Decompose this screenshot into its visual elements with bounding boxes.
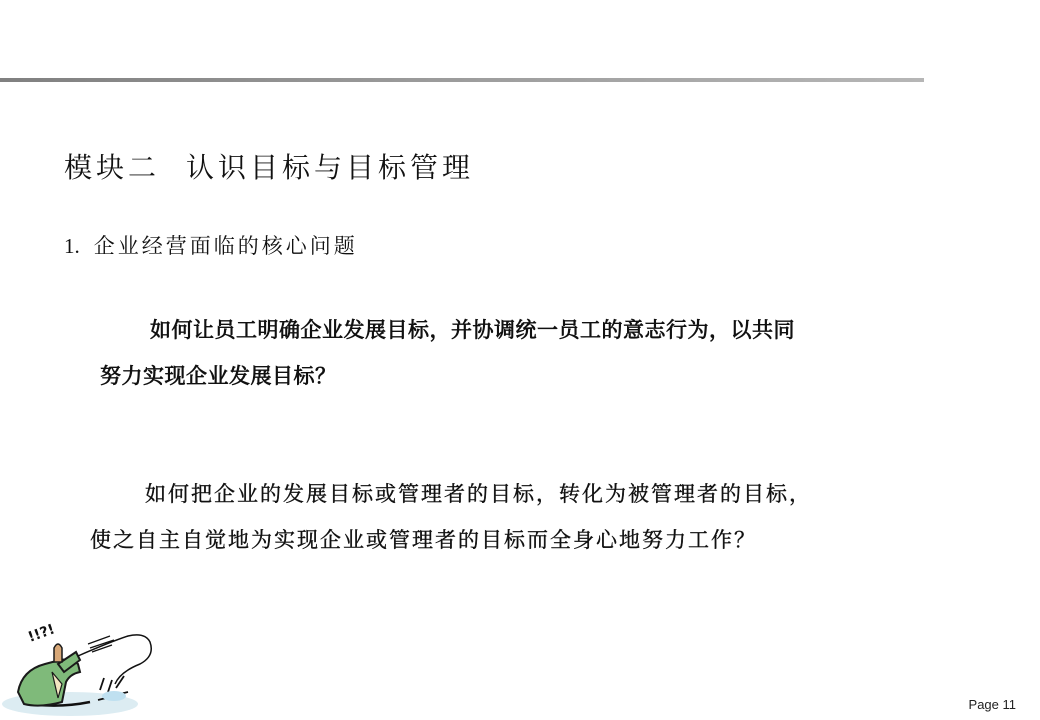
svg-text:!!?!: !!?! xyxy=(26,621,57,645)
page-number: Page 11 xyxy=(969,697,1016,712)
question-2-line-2: 使之自主自觉地为实现企业或管理者的目标而全身心地努力工作？ xyxy=(90,524,757,554)
module-label: 模块二 xyxy=(64,151,160,184)
slide-title: 模块二认识目标与目标管理 xyxy=(64,146,474,186)
section-number: 1. xyxy=(64,234,80,258)
fishing-man-clipart-icon: !!?! xyxy=(0,612,200,720)
question-1-line-1: 如何让员工明确企业发展目标，并协调统一员工的意志行为，以共同 xyxy=(150,314,795,344)
section-heading: 1.企业经营面临的核心问题 xyxy=(64,230,358,260)
section-title: 企业经营面临的核心问题 xyxy=(94,234,358,258)
question-1-line-2: 努力实现企业发展目标？ xyxy=(100,360,337,390)
module-topic: 认识目标与目标管理 xyxy=(186,151,474,184)
header-divider-line xyxy=(0,78,924,82)
question-2-line-1: 如何把企业的发展目标或管理者的目标，转化为被管理者的目标， xyxy=(145,478,812,508)
